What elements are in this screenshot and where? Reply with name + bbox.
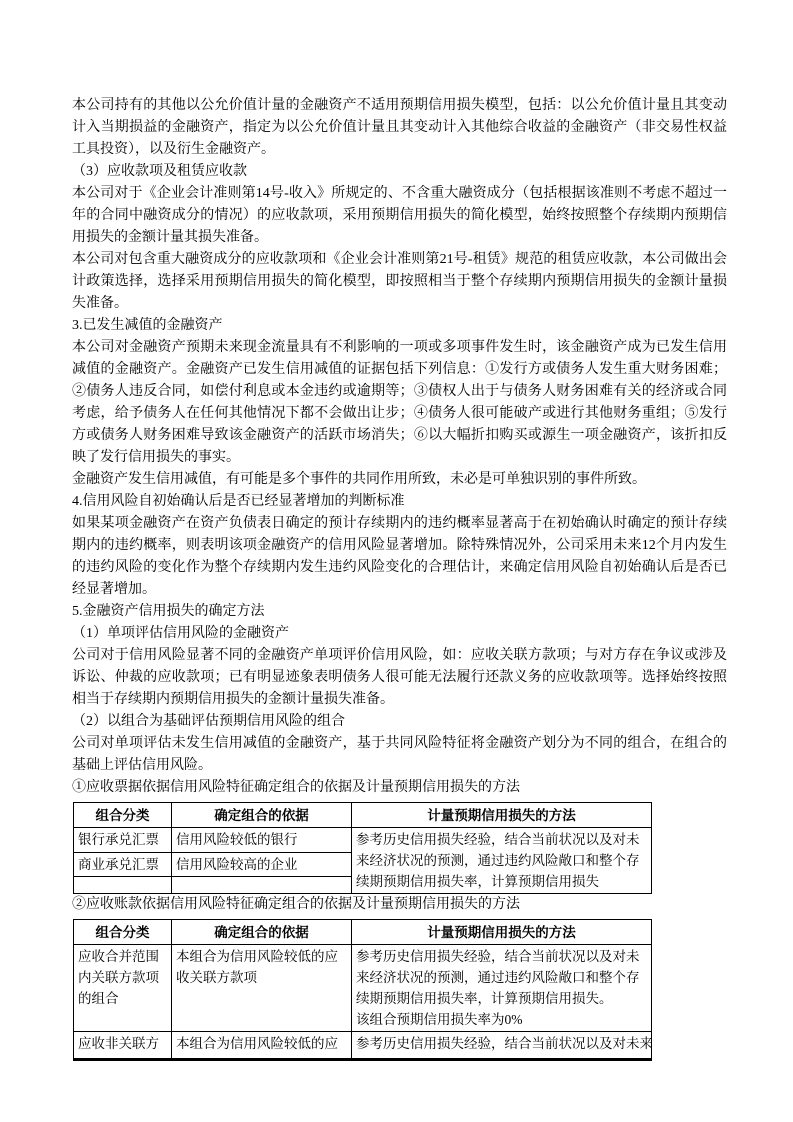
paragraph-cas21-lease-receivables: 本公司对包含重大融资成分的应收款项和《企业会计准则第21号-租赁》规范的租赁应收… [72, 249, 727, 315]
cell-method: 参考历史信用损失经验，结合当前状况以及对未来经济状况的预测，通过违约风险敞口和整… [352, 945, 652, 1032]
cell-category: 应收合并范围内关联方款项的组合 [74, 945, 172, 1032]
heading-impaired-assets: 3.已发生减值的金融资产 [72, 315, 727, 337]
heading-credit-loss-method: 5.金融资产信用损失的确定方法 [72, 601, 727, 623]
subheading-individual-assessment: （1）单项评估信用风险的金融资产 [72, 623, 727, 645]
cell-category: 商业承兑汇票 [74, 852, 172, 877]
table-header-row: 组合分类 确定组合的依据 计量预期信用损失的方法 [74, 803, 652, 828]
method-text: 参考历史信用损失经验，结合当前状况以及对未来经济状况的预测，通过违约风险敞口和整… [356, 946, 647, 1009]
method-loss-rate: 该组合预期信用损失率为0% [356, 1009, 647, 1030]
cell-empty [172, 877, 352, 894]
paragraph-portfolio-assessment: 公司对单项评估未发生信用减值的金融资产，基于共同风险特征将金融资产划分为不同的组… [72, 733, 727, 777]
document-content: 本公司持有的其他以公允价值计量的金融资产不适用预期信用损失模型，包括：以公允价值… [72, 95, 727, 1061]
header-ecl-method: 计量预期信用损失的方法 [352, 920, 652, 945]
header-portfolio-category: 组合分类 [74, 803, 172, 828]
cell-method: 参考历史信用损失经验，结合当前状况以及对未来 [352, 1032, 652, 1060]
document-page: 本公司持有的其他以公允价值计量的金融资产不适用预期信用损失模型，包括：以公允价值… [0, 0, 793, 1122]
header-portfolio-category: 组合分类 [74, 920, 172, 945]
paragraph-cas14-receivables: 本公司对于《企业会计准则第14号-收入》所规定的、不含重大融资成分（包括根据该准… [72, 183, 727, 249]
cell-basis: 本组合为信用风险较低的应收关联方款项 [172, 945, 352, 1032]
cell-basis: 信用风险较高的企业 [172, 852, 352, 877]
header-portfolio-basis: 确定组合的依据 [172, 920, 352, 945]
cell-empty [74, 877, 172, 894]
accounts-receivable-table: 组合分类 确定组合的依据 计量预期信用损失的方法 应收合并范围内关联方款项的组合… [73, 919, 652, 1061]
caption-notes-receivable-table: ①应收票据依据信用风险特征确定组合的依据及计量预期信用损失的方法 [72, 777, 727, 799]
paragraph-individual-assessment: 公司对于信用风险显著不同的金融资产单项评价信用风险，如：应收关联方款项；与对方存… [72, 645, 727, 711]
table-row-truncated: 应收非关联方 本组合为信用风险较低的应 参考历史信用损失经验，结合当前状况以及对… [74, 1032, 652, 1060]
caption-accounts-receivable-table: ②应收账款依据信用风险特征确定组合的依据及计量预期信用损失的方法 [72, 894, 727, 916]
cell-method: 参考历史信用损失经验，结合当前状况以及对未来经济状况的预测，通过违约风险敞口和整… [352, 828, 652, 894]
paragraph-impairment-evidence: 本公司对金融资产预期未来现金流量具有不利影响的一项或多项事件发生时，该金融资产成… [72, 337, 727, 469]
table-row: 银行承兑汇票 信用风险较低的银行 参考历史信用损失经验，结合当前状况以及对未来经… [74, 828, 652, 853]
cell-basis: 本组合为信用风险较低的应 [172, 1032, 352, 1060]
cell-basis: 信用风险较低的银行 [172, 828, 352, 853]
paragraph-fvtpl-assets: 本公司持有的其他以公允价值计量的金融资产不适用预期信用损失模型，包括：以公允价值… [72, 95, 727, 161]
notes-receivable-table: 组合分类 确定组合的依据 计量预期信用损失的方法 银行承兑汇票 信用风险较低的银… [73, 802, 652, 894]
paragraph-impairment-multiple-events: 金融资产发生信用减值，有可能是多个事件的共同作用所致，未必是可单独识别的事件所致… [72, 469, 727, 491]
header-portfolio-basis: 确定组合的依据 [172, 803, 352, 828]
header-ecl-method: 计量预期信用损失的方法 [352, 803, 652, 828]
heading-credit-risk-increase: 4.信用风险自初始确认后是否已经显著增加的判断标准 [72, 491, 727, 513]
paragraph-default-probability: 如果某项金融资产在资产负债表日确定的预计存续期内的违约概率显著高于在初始确认时确… [72, 513, 727, 601]
subheading-receivables: （3）应收款项及租赁应收款 [72, 161, 727, 183]
cell-category: 银行承兑汇票 [74, 828, 172, 853]
table-row: 应收合并范围内关联方款项的组合 本组合为信用风险较低的应收关联方款项 参考历史信… [74, 945, 652, 1032]
cell-category: 应收非关联方 [74, 1032, 172, 1060]
subheading-portfolio-assessment: （2）以组合为基础评估预期信用风险的组合 [72, 711, 727, 733]
table-header-row: 组合分类 确定组合的依据 计量预期信用损失的方法 [74, 920, 652, 945]
